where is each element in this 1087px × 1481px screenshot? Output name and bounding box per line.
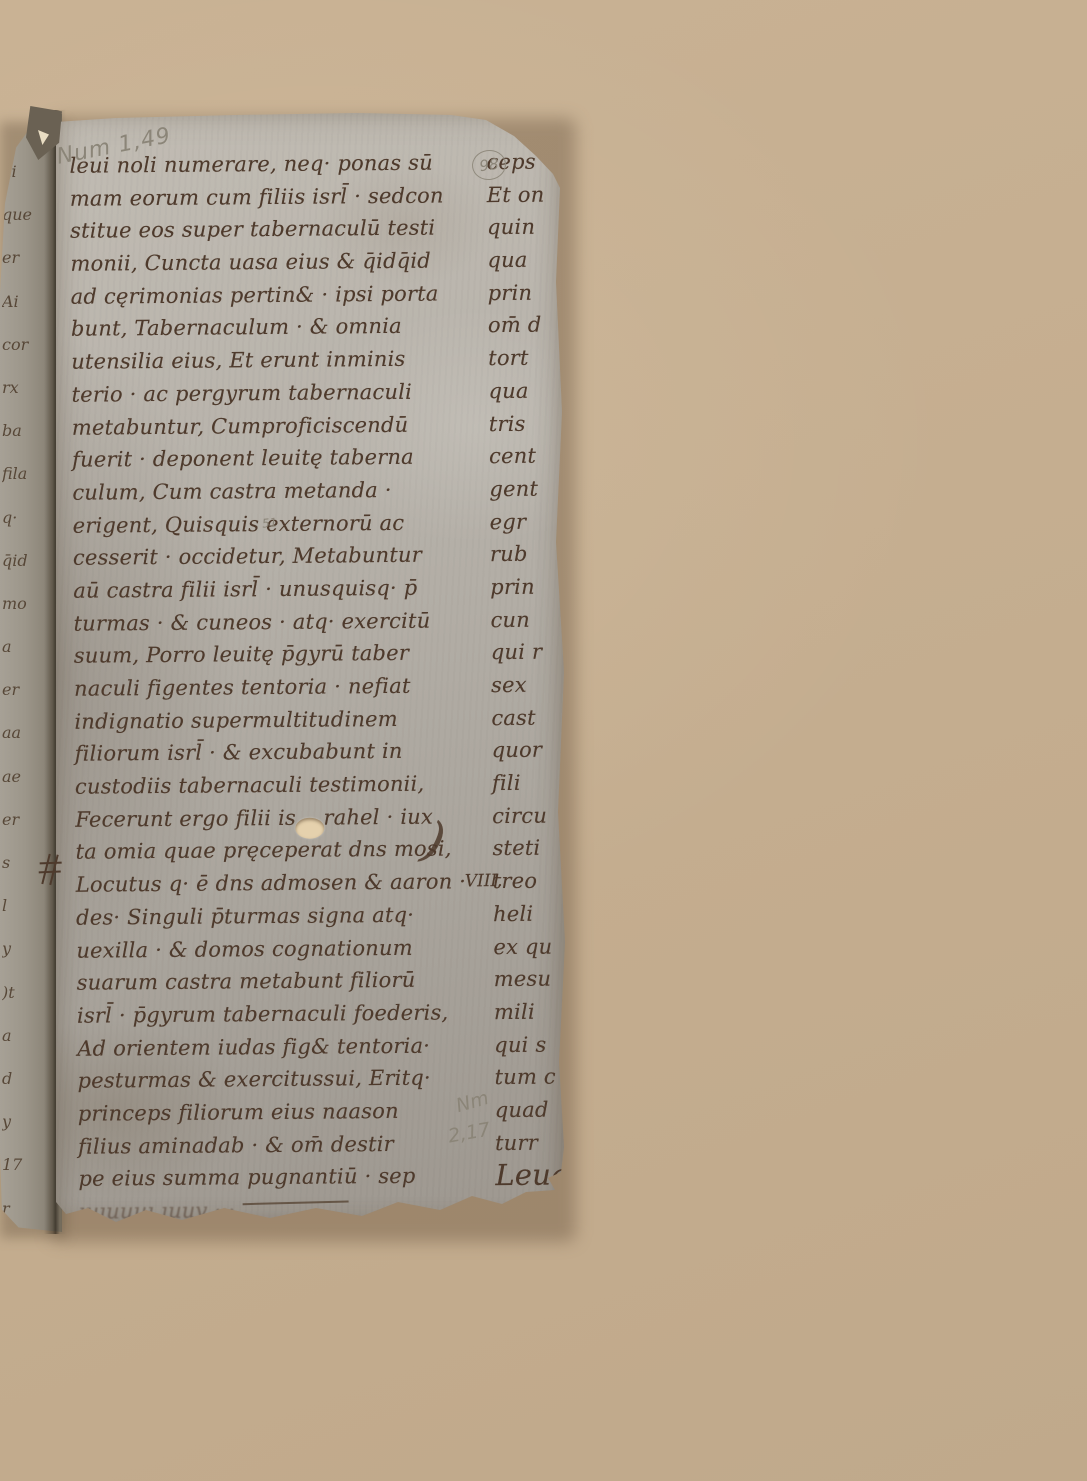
text-line: filiorum isrl̄ · & excubabunt in xyxy=(75,735,489,771)
main-text-column: leui noli numerare, neq· ponas sūmam eor… xyxy=(69,146,492,1228)
pencil-interline-number: 51 xyxy=(261,515,278,531)
text-line: naculi figentes tentoria · nefiat xyxy=(74,669,488,705)
gutter-fragment: er xyxy=(2,798,36,841)
text-line: erigent, Quisquis externorū ac xyxy=(73,506,487,542)
gutter-fragment: ba xyxy=(2,409,36,452)
text-line: turmas · & cuneos · atq· exercitū xyxy=(73,604,487,640)
text-line: des· Singuli p̄turmas signa atq· xyxy=(76,898,490,934)
text-line: utensilia eius, Et erunt inminis xyxy=(71,342,485,378)
gutter-fragment: q· xyxy=(2,496,36,539)
leaf-surface: Locutus q· ē dn̄i admosen dei, triba· VI… xyxy=(52,108,574,1234)
text-line: terio · ac pergyrum tabernaculi xyxy=(71,375,485,411)
chapter-number: VIII. xyxy=(465,871,503,891)
text-line: aū castra filii isrl̄ · unusquisq· p̄ xyxy=(73,571,487,607)
gutter-fragment: d xyxy=(2,1057,36,1100)
text-line: Locutus q· ē dns admosen & aaron · xyxy=(76,865,490,901)
gutter-fragment: )t xyxy=(2,971,36,1014)
gutter-fragment: 17 xyxy=(2,1143,36,1186)
text-line: bunt, Tabernaculum · & omnia xyxy=(71,310,485,346)
text-line: custodiis tabernaculi testimonii, xyxy=(75,767,489,803)
text-line: suarum castra metabunt filiorū xyxy=(77,963,491,999)
gutter-fragment: l xyxy=(2,884,36,927)
text-line: pesturmas & exercitussui, Eritq· xyxy=(77,1061,491,1097)
text-line: culum, Cum castra metanda · xyxy=(72,473,486,509)
gutter-fragment: aa xyxy=(2,711,36,754)
gutter-fragment: que xyxy=(2,193,36,236)
text-line: mam eorum cum filiis isrl̄ · sedcon xyxy=(70,179,484,215)
gutter-fragment: mo xyxy=(2,582,36,625)
text-line: metabuntur, Cumproficiscendū xyxy=(72,408,486,444)
gutter-fragment: ae xyxy=(2,755,36,798)
text-line: pe eius summa pugnantiū · sep xyxy=(78,1159,492,1195)
text-line: princeps filiorum eius naason xyxy=(78,1094,492,1130)
gutter-fragment: s xyxy=(2,841,36,884)
gutter-fragment: er xyxy=(2,236,36,279)
gutter-fragment: y xyxy=(2,1100,36,1143)
gutter-fragment: a xyxy=(2,1014,36,1057)
photograph-backdrop: aiqueerAicorrxbafilaq·q̄idmoaeraaaeersly… xyxy=(0,0,1087,1481)
text-line: monii, Cuncta uasa eius & q̄idq̄id xyxy=(70,244,484,280)
chapter-mark-glyph xyxy=(40,853,60,886)
gutter-fragment: rx xyxy=(2,366,36,409)
text-line: uexilla · & domos cognationum xyxy=(76,931,490,967)
manuscript-leaf: Locutus q· ē dn̄i admosen dei, triba· VI… xyxy=(56,112,568,1234)
gutter-fragment: er xyxy=(2,668,36,711)
text-line: stitue eos super tabernaculū testi xyxy=(70,212,484,248)
gutter-fragment: a xyxy=(2,625,36,668)
gutter-fragment: cor xyxy=(2,323,36,366)
facing-page-text-fragments: aiqueerAicorrxbafilaq·q̄idmoaeraaaeersly… xyxy=(2,150,36,1230)
text-line: cesserit · occidetur, Metabuntur xyxy=(73,538,487,574)
text-line: filius aminadab · & om̄ destir xyxy=(78,1127,492,1163)
gutter-fragment: q̄id xyxy=(2,539,36,582)
text-line: isrl̄ · p̄gyrum tabernaculi foederis, xyxy=(77,996,491,1032)
text-line: suum, Porro leuitę p̄gyrū taber xyxy=(74,636,488,672)
text-line: ad cęrimonias pertin& · ipsi porta xyxy=(71,277,485,313)
text-line: indignatio supermultitudinem xyxy=(74,702,488,738)
gutter-fragment: fila xyxy=(2,452,36,495)
text-line: fuerit · deponent leuitę taberna xyxy=(72,440,486,476)
text-line: Ad orientem iudas fig& tentoria· xyxy=(77,1029,491,1065)
gutter-fragment: Ai xyxy=(2,280,36,323)
parchment-hole xyxy=(295,818,324,839)
gutter-fragment: y xyxy=(2,927,36,970)
